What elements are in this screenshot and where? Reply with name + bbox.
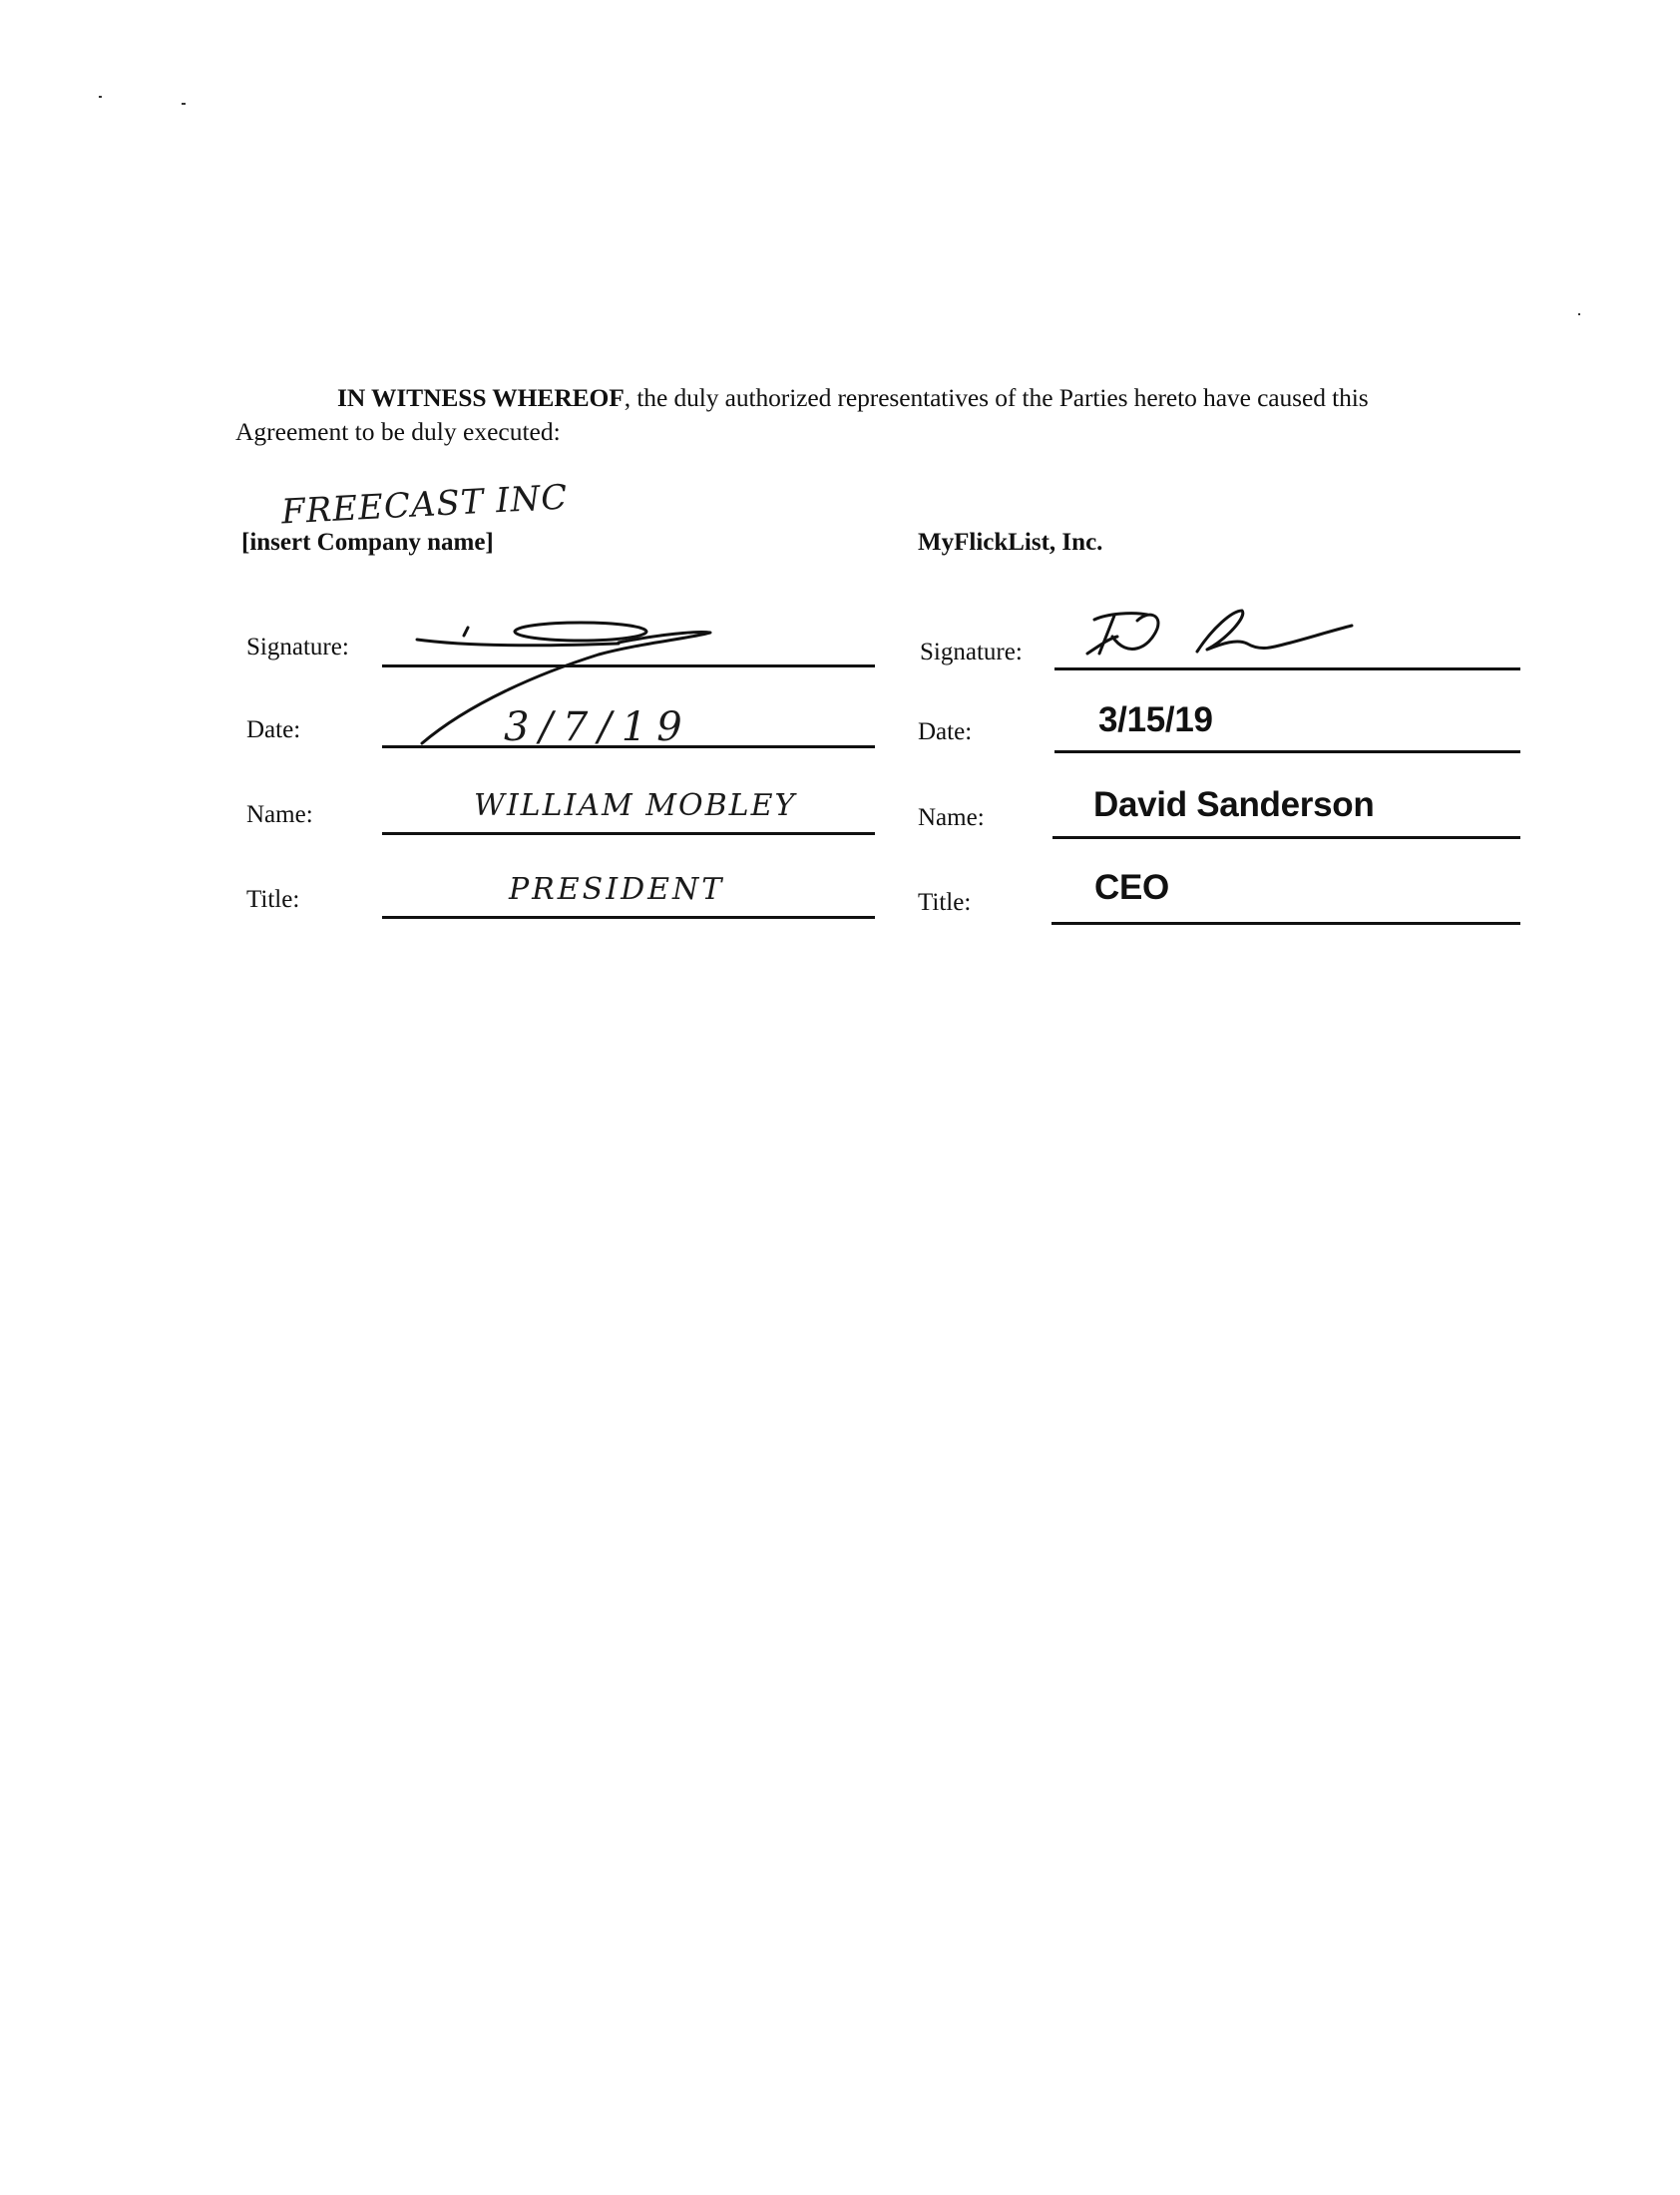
right-signature-label: Signature: xyxy=(920,639,1023,666)
right-name-label: Name: xyxy=(918,804,985,832)
right-date-line xyxy=(1054,750,1520,753)
right-company-name: MyFlickList, Inc. xyxy=(918,529,1102,557)
right-signature-mark xyxy=(1087,611,1352,654)
scan-speck xyxy=(182,103,186,105)
left-date-value: 3/7/19 xyxy=(504,704,692,750)
witness-clause-lead: IN WITNESS WHEREOF xyxy=(337,383,625,412)
witness-clause-line2: Agreement to be duly executed: xyxy=(235,417,561,447)
right-name-line xyxy=(1052,836,1520,839)
right-title-value: CEO xyxy=(1094,868,1169,908)
right-title-label: Title: xyxy=(918,889,971,917)
left-signature-label: Signature: xyxy=(246,634,349,661)
left-name-value: WILLIAM MOBLEY xyxy=(474,788,796,823)
right-date-label: Date: xyxy=(918,718,972,746)
left-name-line xyxy=(382,832,875,835)
left-title-line xyxy=(382,916,875,919)
left-signature-line xyxy=(382,664,875,667)
signature-ink-layer xyxy=(0,0,1680,2195)
witness-clause-line1: IN WITNESS WHEREOF, the duly authorized … xyxy=(337,383,1369,413)
scan-speck xyxy=(1578,313,1580,315)
right-signature-line xyxy=(1054,667,1520,670)
left-company-placeholder: [insert Company name] xyxy=(241,529,494,557)
right-date-value: 3/15/19 xyxy=(1098,700,1213,740)
right-title-line xyxy=(1051,922,1520,925)
left-title-label: Title: xyxy=(246,886,299,914)
witness-clause-text: , the duly authorized representatives of… xyxy=(625,383,1369,412)
left-company-handwritten: FREECAST INC xyxy=(280,478,569,533)
scan-speck xyxy=(99,96,102,98)
left-date-label: Date: xyxy=(246,716,300,744)
right-name-value: David Sanderson xyxy=(1093,785,1374,825)
left-title-value: PRESIDENT xyxy=(509,872,724,907)
left-name-label: Name: xyxy=(246,801,313,829)
